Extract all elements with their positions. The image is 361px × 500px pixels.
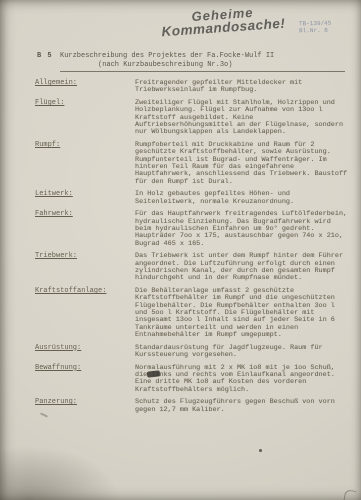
title-line-1: Kurzbeschreibung des Projektes der Fa.Fo…	[60, 52, 340, 61]
title-index: B 5	[37, 52, 53, 61]
section-text: Rumpfoberteil mit Druckkabine und Raum f…	[135, 142, 350, 186]
section-label: Triebwerk:	[35, 253, 135, 260]
section-row: Rumpf:Rumpfoberteil mit Druckkabine und …	[0, 142, 361, 186]
title-block: B 5 Kurzbeschreibung des Projektes der F…	[0, 52, 361, 72]
pencil-mark	[343, 489, 356, 500]
section-label: Panzerung:	[35, 399, 135, 406]
section-label: Flügel:	[35, 100, 135, 107]
section-row: Bewaffnung:Normalausführung mit 2 x MK 1…	[0, 365, 361, 394]
paper-speck	[259, 449, 262, 452]
section-text: In Holz gebautes gepfeiltes Höhen- und S…	[135, 191, 350, 206]
section-text: Normalausführung mit 2 x MK 1o8 mit je 1…	[135, 365, 350, 394]
reference-number: TB-139/45 Bl.Nr. 8	[299, 20, 332, 35]
secrecy-stamp: Geheime Kommandosache!	[127, 1, 318, 41]
section-label: Fahrwerk:	[35, 211, 135, 218]
section-label: Kraftstoffanlage:	[35, 288, 135, 295]
section-label: Ausrüstung:	[35, 345, 135, 352]
section-label: Allgemein:	[35, 80, 135, 87]
section-label: Bewaffnung:	[35, 365, 135, 372]
section-text: Das Triebwerk ist unter dem Rumpf hinter…	[135, 253, 350, 282]
section-label: Rumpf:	[35, 142, 135, 149]
section-row: Allgemein:Freitragender gepfeilter Mitte…	[0, 80, 361, 95]
ref-line-2: Bl.Nr. 8	[299, 27, 332, 35]
section-text: Freitragender gepfeilter Mitteldecker mi…	[135, 80, 350, 95]
section-text: Die Behälteranlage umfasst 2 geschützte …	[135, 288, 350, 339]
section-row: Flügel:Zweiteiliger Flügel mit Stahlholm…	[0, 100, 361, 136]
section-text: Zweiteiliger Flügel mit Stahlholm, Holzr…	[135, 100, 350, 136]
section-text: Für das Hauptfahrwerk freitragendes Luft…	[135, 211, 350, 247]
section-row: Triebwerk:Das Triebwerk ist unter dem Ru…	[0, 253, 361, 282]
section-row: Fahrwerk:Für das Hauptfahrwerk freitrage…	[0, 211, 361, 247]
section-row: Leitwerk:In Holz gebautes gepfeiltes Höh…	[0, 191, 361, 206]
section-row: Ausrüstung:Standardausrüstung für Jagdfl…	[0, 345, 361, 360]
section-text: Standardausrüstung für Jagdflugzeuge. Ra…	[135, 345, 350, 360]
document-page: Geheime Kommandosache! TB-139/45 Bl.Nr. …	[0, 0, 361, 500]
section-text: Schutz des Flugzeugführers gegen Beschuß…	[135, 399, 350, 414]
section-row: Panzerung:Schutz des Flugzeugführers geg…	[0, 399, 361, 414]
sections: Allgemein:Freitragender gepfeilter Mitte…	[0, 80, 361, 420]
section-row: Kraftstoffanlage:Die Behälteranlage umfa…	[0, 288, 361, 339]
title-line-2: (nach Kurzbaubeschreibung Nr.3o)	[60, 61, 345, 73]
section-label: Leitwerk:	[35, 191, 135, 198]
